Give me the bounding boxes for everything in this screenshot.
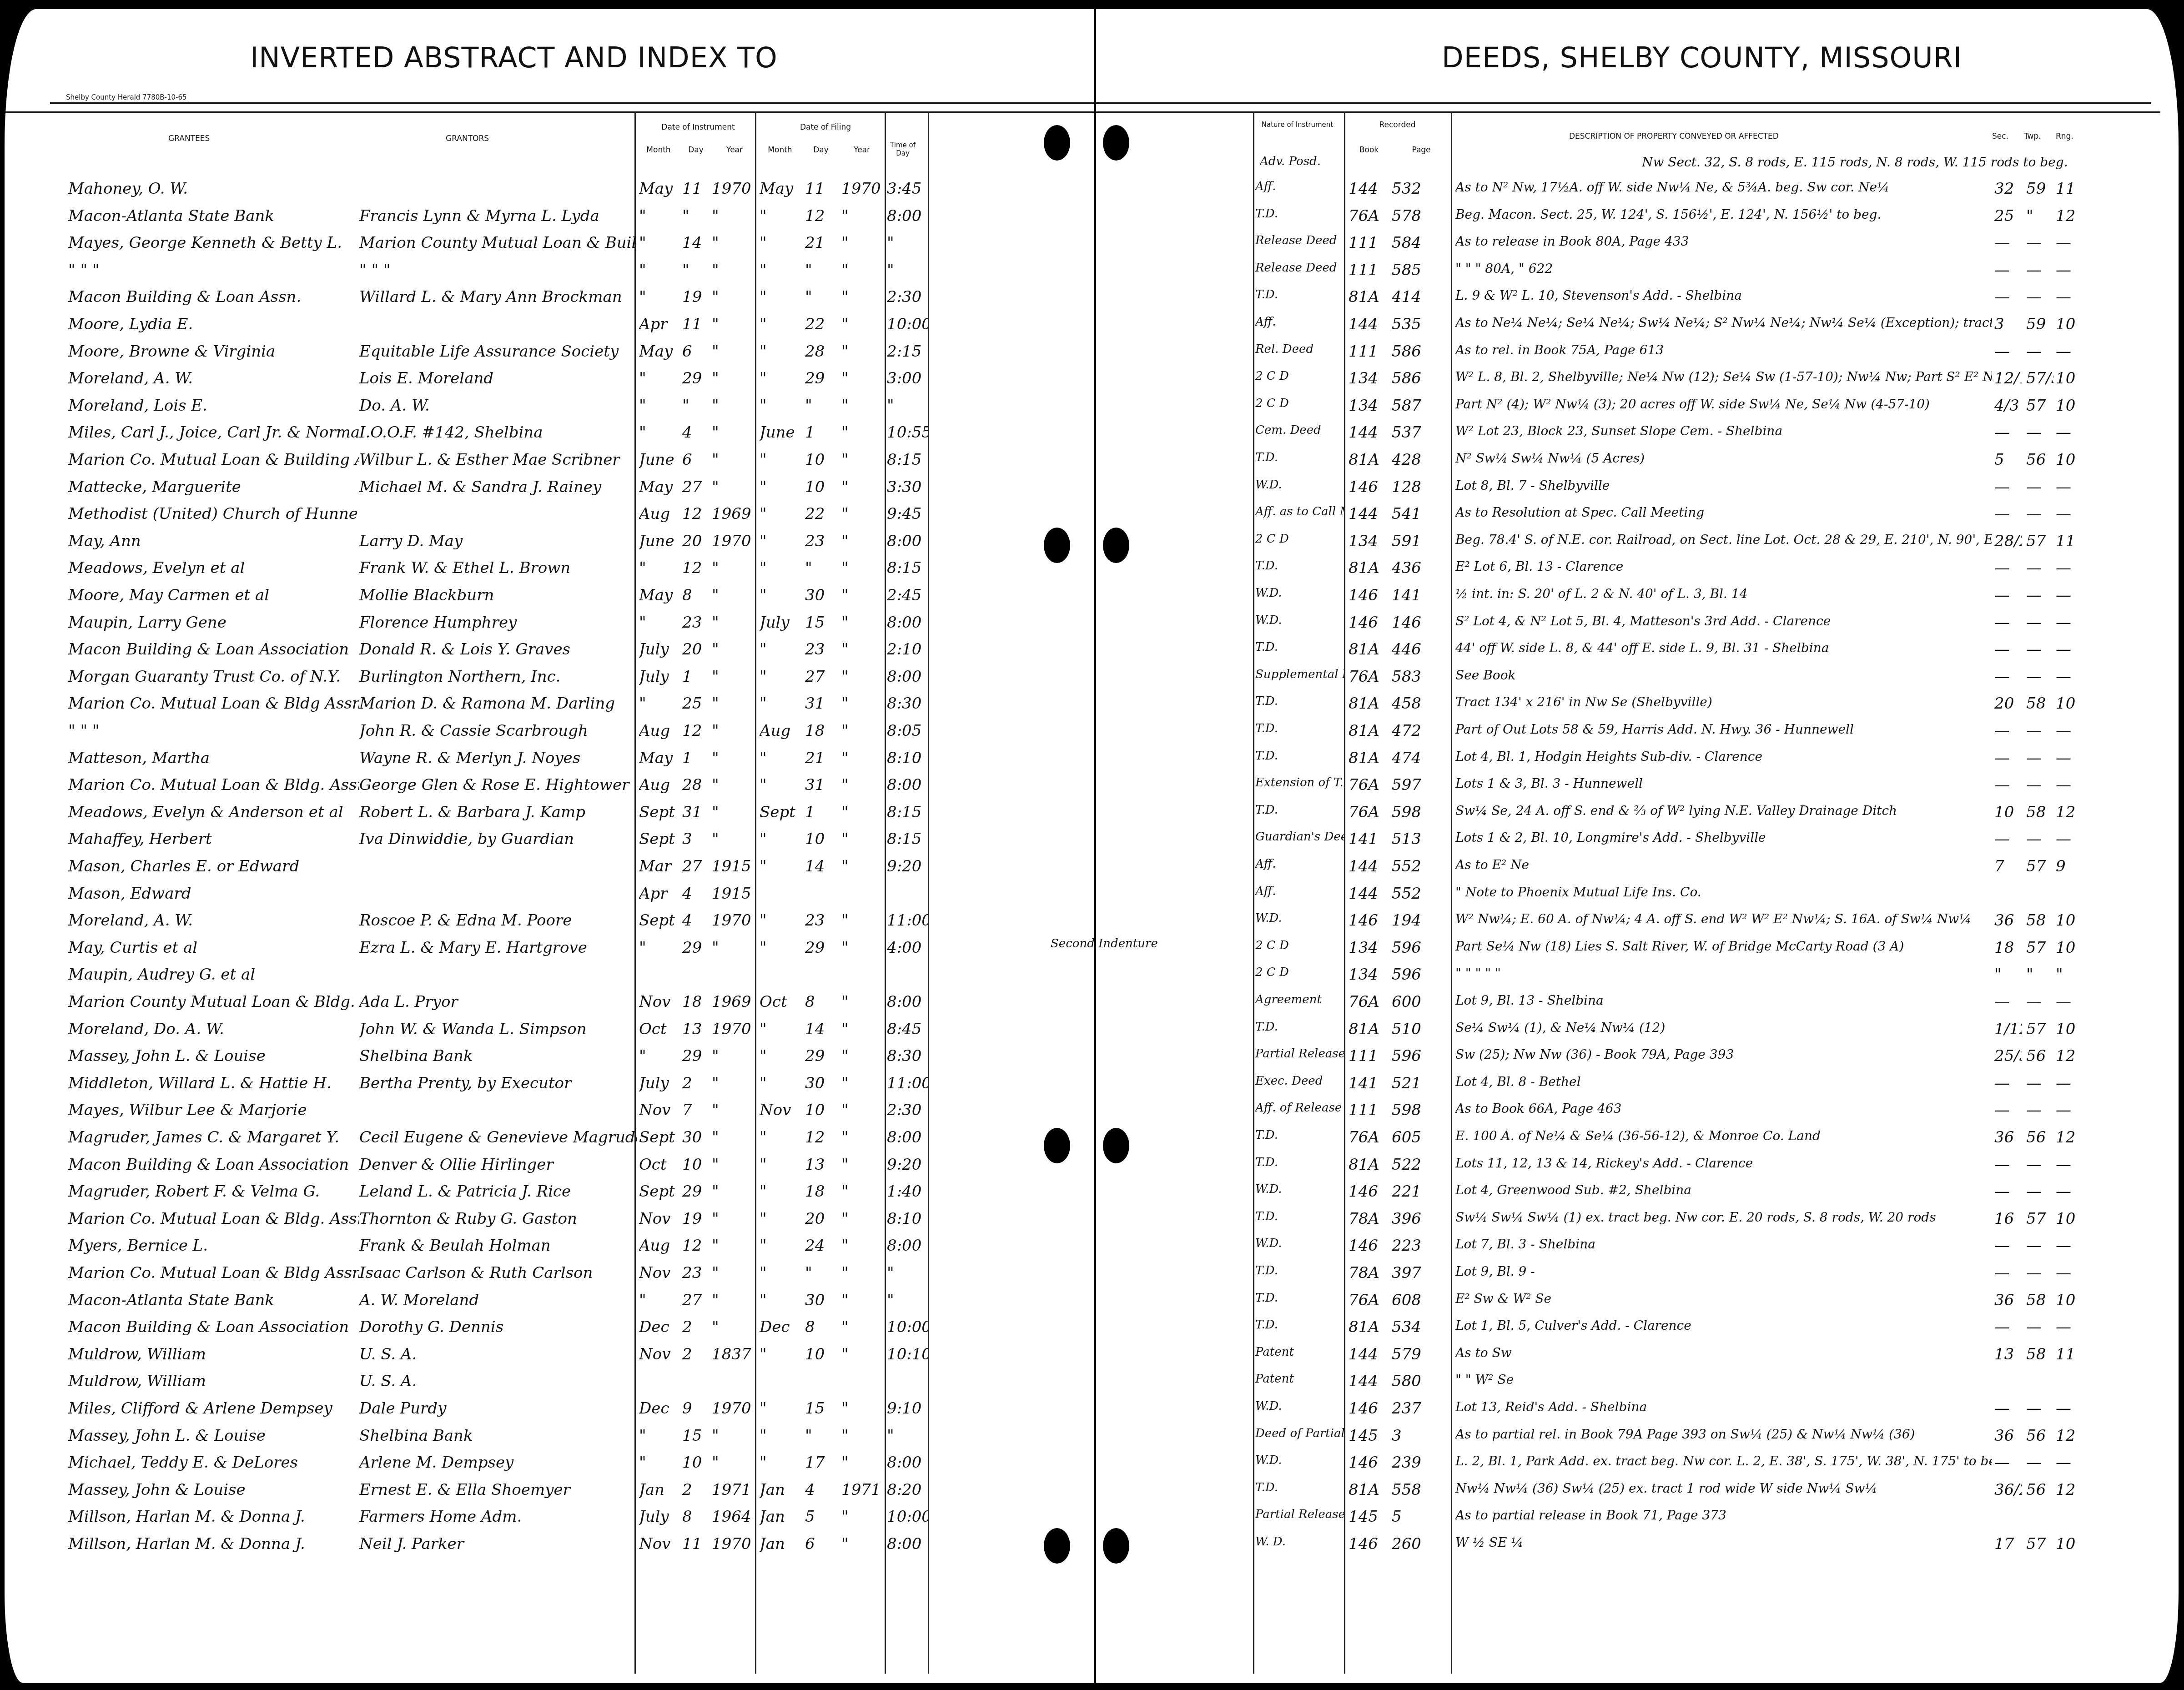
cell-fd: 8 xyxy=(805,993,837,1011)
cell-twp: — xyxy=(2026,1264,2053,1282)
cell-sec: 20 xyxy=(1994,694,2022,713)
cell-rng: 12 xyxy=(2056,1128,2083,1147)
cell-grantee: Muldrow, William xyxy=(68,1372,359,1390)
cell-fy: " xyxy=(841,1128,882,1147)
table-row: Extension of T.D.76A597Lots 1 & 3, Bl. 3… xyxy=(1096,776,2179,800)
cell-id: 6 xyxy=(682,451,710,469)
cell-fd: 12 xyxy=(805,207,837,225)
cell-grantee: Mahoney, O. W. xyxy=(68,180,359,198)
cell-fm: " xyxy=(760,559,800,577)
cell-fy: " xyxy=(841,1427,882,1445)
cell-id: 13 xyxy=(682,1020,710,1038)
cell-nat: 2 C D xyxy=(1255,397,1344,410)
month-header: Month xyxy=(638,146,679,155)
cell-grantee: Marion Co. Mutual Loan & Bldg. Assn. xyxy=(68,1210,359,1228)
cell-t: 3:00 xyxy=(887,369,928,387)
cell-twp: — xyxy=(2026,1101,2053,1119)
cell-rng: — xyxy=(2056,478,2083,496)
cell-twp: 57 xyxy=(2026,1535,2053,1553)
cell-grantee: " " " xyxy=(68,722,359,740)
cell-t: 11:00 xyxy=(887,1074,928,1092)
table-row: W. D.146260W ½ SE ¼175710 xyxy=(1096,1535,2179,1559)
cell-iy: " xyxy=(712,315,753,333)
cell-fd: 31 xyxy=(805,776,837,794)
cell-im: Oct xyxy=(639,1020,680,1038)
cell-fm: " xyxy=(760,1074,800,1092)
cell-iy: " xyxy=(712,1318,753,1336)
cell-fd: 23 xyxy=(805,911,837,930)
cell-fy: 1970 xyxy=(841,180,882,198)
cell-book: 81A xyxy=(1349,1020,1389,1038)
table-row: W.D.146146S² Lot 4, & N² Lot 5, Bl. 4, M… xyxy=(1096,614,2179,637)
cell-grantor: A. W. Moreland xyxy=(359,1291,637,1309)
cell-fm: " xyxy=(760,586,800,604)
cell-nat: T.D. xyxy=(1255,288,1344,302)
cell-grantor: Arlene M. Dempsey xyxy=(359,1454,637,1472)
table-row: 2 C D134596" " " " """" xyxy=(1096,966,2179,989)
cell-rng: 10 xyxy=(2056,397,2083,415)
table-row: Marion County Mutual Loan & Bldg. Assn.A… xyxy=(5,993,1094,1016)
cell-t: 9:10 xyxy=(887,1399,928,1418)
rule xyxy=(1096,102,2151,104)
cell-id: 8 xyxy=(682,586,710,604)
cell-im: Mar xyxy=(639,857,680,875)
cell-t: 8:00 xyxy=(887,776,928,794)
cell-t: " xyxy=(887,1291,928,1309)
cell-id: 31 xyxy=(682,803,710,821)
cell-desc: W ½ SE ¼ xyxy=(1455,1535,1992,1550)
cell-id: 10 xyxy=(682,1454,710,1472)
cell-desc: Beg. Macon. Sect. 25, W. 124', S. 156½',… xyxy=(1455,207,1992,222)
cell-nat: T.D. xyxy=(1255,451,1344,464)
cell-grantee: Meadows, Evelyn et al xyxy=(68,559,359,577)
cell-book: 111 xyxy=(1349,261,1389,279)
cell-twp: " xyxy=(2026,966,2053,984)
cell-id: 4 xyxy=(682,423,710,442)
cell-grantor: Cecil Eugene & Genevieve Magruder xyxy=(359,1128,637,1147)
cell-fm: " xyxy=(760,857,800,875)
cell-nat: T.D. xyxy=(1255,1128,1344,1142)
cell-grantor: John W. & Wanda L. Simpson xyxy=(359,1020,637,1038)
cell-t: 9:45 xyxy=(887,505,928,523)
cell-sec: — xyxy=(1994,640,2022,659)
cell-grantee: Methodist (United) Church of Hunnewell xyxy=(68,505,359,523)
cell-id: 20 xyxy=(682,532,710,550)
cell-pg: 537 xyxy=(1392,423,1446,442)
cell-book: 141 xyxy=(1349,1074,1389,1092)
cell-iy: " xyxy=(712,1237,753,1255)
cell-rng: 12 xyxy=(2056,207,2083,225)
cell-book: 81A xyxy=(1349,288,1389,306)
cell-fy: " xyxy=(841,207,882,225)
cell-pg: 3 xyxy=(1392,1427,1446,1445)
cell-nat: Aff. of Release xyxy=(1255,1101,1344,1115)
cell-fd: 10 xyxy=(805,830,837,848)
cell-nat: T.D. xyxy=(1255,694,1344,708)
cell-book: 81A xyxy=(1349,694,1389,713)
cell-desc: N² Sw¼ Sw¼ Nw¼ (5 Acres) xyxy=(1455,451,1992,466)
nature-header: Nature of Instrument xyxy=(1253,121,1342,129)
cell-im: " xyxy=(639,559,680,577)
table-row: Macon Building & Loan Assn.Willard L. & … xyxy=(5,288,1094,312)
date-filing-header: Date of Filing xyxy=(760,123,891,132)
cell-twp: — xyxy=(2026,234,2053,252)
cell-t: 10:00 xyxy=(887,1508,928,1526)
cell-grantee: Myers, Bernice L. xyxy=(68,1237,359,1255)
cell-nat: Rel. Deed xyxy=(1255,342,1344,356)
cell-desc: E. 100 A. of Ne¼ & Se¼ (36-56-12), & Mon… xyxy=(1455,1128,1992,1143)
cell-nat: W. D. xyxy=(1255,1535,1344,1549)
right-title: DEEDS, SHELBY COUNTY, MISSOURI xyxy=(1442,41,1962,74)
cell-iy: " xyxy=(712,1291,753,1309)
cell-id: 12 xyxy=(682,1237,710,1255)
cell-fm: " xyxy=(760,1128,800,1147)
cell-desc: 44' off W. side L. 8, & 44' off E. side … xyxy=(1455,640,1992,655)
cell-id: 2 xyxy=(682,1345,710,1363)
table-row: Aff.144532As to N² Nw, 17½A. off W. side… xyxy=(1096,180,2179,203)
cell-grantee: Michael, Teddy E. & DeLores xyxy=(68,1454,359,1472)
cell-iy: " xyxy=(712,749,753,767)
rng-header: Rng. xyxy=(2056,132,2073,141)
cell-fd: " xyxy=(805,397,837,415)
cell-fd: 18 xyxy=(805,1182,837,1201)
cell-desc: S² Lot 4, & N² Lot 5, Bl. 4, Matteson's … xyxy=(1455,614,1992,629)
binder-hole xyxy=(1044,125,1070,161)
cell-im: July xyxy=(639,1074,680,1092)
cell-grantor: Marion County Mutual Loan & Building Ass… xyxy=(359,234,637,252)
cell-im: Nov xyxy=(639,1345,680,1363)
cell-book: 146 xyxy=(1349,1535,1389,1553)
cell-pg: 596 xyxy=(1392,1047,1446,1065)
table-row: Mayes, George Kenneth & Betty L.Marion C… xyxy=(5,234,1094,257)
cell-grantee: Mayes, George Kenneth & Betty L. xyxy=(68,234,359,252)
cell-book: 146 xyxy=(1349,1237,1389,1255)
cell-twp: — xyxy=(2026,586,2053,604)
cell-fm: " xyxy=(760,1291,800,1309)
cell-grantee: Moore, Lydia E. xyxy=(68,315,359,333)
table-row: T.D.81A558Nw¼ Nw¼ (36) Sw¼ (25) ex. trac… xyxy=(1096,1481,2179,1504)
table-row: Aff. as to Call Meeting144541As to Resol… xyxy=(1096,505,2179,528)
cell-fy: " xyxy=(841,614,882,632)
cell-rng: 10 xyxy=(2056,315,2083,333)
cell-id: 4 xyxy=(682,911,710,930)
cell-twp: — xyxy=(2026,1182,2053,1201)
cell-t: 8:00 xyxy=(887,993,928,1011)
cell-fd: 30 xyxy=(805,586,837,604)
cell-nat: Aff. xyxy=(1255,885,1344,898)
cell-twp: — xyxy=(2026,1318,2053,1336)
cell-id: 11 xyxy=(682,180,710,198)
cell-book: 76A xyxy=(1349,207,1389,225)
recorded-header: Recorded xyxy=(1344,121,1451,130)
cell-fm: Sept xyxy=(760,803,800,821)
cell-fm: " xyxy=(760,1237,800,1255)
cell-sec: 36 xyxy=(1994,911,2022,930)
table-row: Guardian's Deed141513Lots 1 & 2, Bl. 10,… xyxy=(1096,830,2179,854)
table-row: W.D.146239L. 2, Bl. 1, Park Add. ex. tra… xyxy=(1096,1454,2179,1477)
cell-grantee: Moreland, A. W. xyxy=(68,369,359,387)
cell-grantor: Lois E. Moreland xyxy=(359,369,637,387)
cell-grantor: Farmers Home Adm. xyxy=(359,1508,637,1526)
cell-im: Nov xyxy=(639,993,680,1011)
cell-desc: As to rel. in Book 75A, Page 613 xyxy=(1455,342,1992,357)
cell-fy: " xyxy=(841,830,882,848)
cell-pg: 239 xyxy=(1392,1454,1446,1472)
cell-id: 29 xyxy=(682,369,710,387)
table-row: Mahoney, O. W.May111970May1119703:45 xyxy=(5,180,1094,203)
cell-nat: T.D. xyxy=(1255,1481,1344,1494)
cell-t: 8:45 xyxy=(887,1020,928,1038)
cell-fm: " xyxy=(760,532,800,550)
cell-id: 27 xyxy=(682,857,710,875)
cell-fm: Aug xyxy=(760,722,800,740)
cell-fy: " xyxy=(841,369,882,387)
cell-grantor: Leland L. & Patricia J. Rice xyxy=(359,1182,637,1201)
cell-id: 7 xyxy=(682,1101,710,1119)
table-row: W.D.146237Lot 13, Reid's Add. - Shelbina… xyxy=(1096,1399,2179,1423)
cell-fy: " xyxy=(841,1399,882,1418)
cell-fd: " xyxy=(805,1264,837,1282)
cell-desc: Lot 4, Bl. 8 - Bethel xyxy=(1455,1074,1992,1089)
cell-grantor: Larry D. May xyxy=(359,532,637,550)
cell-grantee: Maupin, Larry Gene xyxy=(68,614,359,632)
cell-nat: Release Deed xyxy=(1255,261,1344,275)
cell-t: " xyxy=(887,234,928,252)
table-row: 2 C D134591Beg. 78.4' S. of N.E. cor. Ra… xyxy=(1096,532,2179,556)
cell-desc: As to Ne¼ Ne¼; Se¼ Ne¼; Sw¼ Ne¼; S² Nw¼ … xyxy=(1455,315,1992,330)
cell-im: " xyxy=(639,261,680,279)
cell-grantor: Shelbina Bank xyxy=(359,1047,637,1065)
cell-grantor: Robert L. & Barbara J. Kamp xyxy=(359,803,637,821)
cell-rng: 10 xyxy=(2056,451,2083,469)
cell-twp: 57 xyxy=(2026,939,2053,957)
cell-book: 134 xyxy=(1349,532,1389,550)
cell-id: 1 xyxy=(682,749,710,767)
cell-sec: — xyxy=(1994,1399,2022,1418)
cell-grantee: Macon-Atlanta State Bank xyxy=(68,1291,359,1309)
cell-book: 146 xyxy=(1349,1399,1389,1418)
cell-pg: 552 xyxy=(1392,885,1446,903)
cell-twp: — xyxy=(2026,668,2053,686)
table-row: 2 C D134586W² L. 8, Bl. 2, Shelbyville; … xyxy=(1096,369,2179,393)
cell-grantee: Moreland, Do. A. W. xyxy=(68,1020,359,1038)
cell-id: 2 xyxy=(682,1074,710,1092)
cell-rng: 9 xyxy=(2056,857,2083,875)
cell-sec: — xyxy=(1994,559,2022,577)
cell-twp: 58 xyxy=(2026,803,2053,821)
cell-fy: " xyxy=(841,803,882,821)
cell-sec: 16 xyxy=(1994,1210,2022,1228)
cell-im: Aug xyxy=(639,1237,680,1255)
table-row: Methodist (United) Church of HunnewellAu… xyxy=(5,505,1094,528)
cell-desc: Nw¼ Nw¼ (36) Sw¼ (25) ex. tract 1 rod wi… xyxy=(1455,1481,1992,1496)
cell-iy: 1970 xyxy=(712,1020,753,1038)
table-row: W.D.146141½ int. in: S. 20' of L. 2 & N.… xyxy=(1096,586,2179,610)
cell-fm: " xyxy=(760,207,800,225)
cell-sec: — xyxy=(1994,1318,2022,1336)
cell-id: 29 xyxy=(682,1182,710,1201)
cell-sec: 4/3 xyxy=(1994,397,2022,415)
cell-pg: 586 xyxy=(1392,342,1446,361)
cell-iy: " xyxy=(712,1156,753,1174)
cell-rng: — xyxy=(2056,234,2083,252)
cell-desc: Lot 8, Bl. 7 - Shelbyville xyxy=(1455,478,1992,493)
cell-fm: June xyxy=(760,423,800,442)
cell-pg: 436 xyxy=(1392,559,1446,577)
cell-fd: 22 xyxy=(805,315,837,333)
cell-id: 2 xyxy=(682,1318,710,1336)
cell-iy: " xyxy=(712,478,753,496)
table-row: Magruder, Robert F. & Velma G.Leland L. … xyxy=(5,1182,1094,1206)
cell-fd: 23 xyxy=(805,532,837,550)
cell-book: 134 xyxy=(1349,369,1389,387)
cell-fy: " xyxy=(841,776,882,794)
cell-fy: " xyxy=(841,1210,882,1228)
cell-nat: 2 C D xyxy=(1255,939,1344,952)
cell-t: 8:30 xyxy=(887,1047,928,1065)
cell-id: 29 xyxy=(682,939,710,957)
cell-fy: " xyxy=(841,505,882,523)
table-row: Mason, Charles E. or EdwardMar271915"14"… xyxy=(5,857,1094,881)
cell-id: 30 xyxy=(682,1128,710,1147)
cell-pg: 587 xyxy=(1392,397,1446,415)
cell-id: 8 xyxy=(682,1508,710,1526)
cell-rng: — xyxy=(2056,776,2083,794)
cell-twp: — xyxy=(2026,640,2053,659)
cell-pg: 597 xyxy=(1392,776,1446,794)
cell-sec: — xyxy=(1994,1074,2022,1092)
cell-t: 8:00 xyxy=(887,532,928,550)
cell-pg: 535 xyxy=(1392,315,1446,333)
cell-fd: 30 xyxy=(805,1291,837,1309)
cell-twp: — xyxy=(2026,1237,2053,1255)
cell-twp: 56 xyxy=(2026,1047,2053,1065)
cell-im: May xyxy=(639,180,680,198)
cell-grantee: Millson, Harlan M. & Donna J. xyxy=(68,1535,359,1553)
table-row: Muldrow, WilliamU. S. A.Nov21837"10"10:1… xyxy=(5,1345,1094,1369)
cell-fy: " xyxy=(841,1156,882,1174)
table-row: T.D.76A578Beg. Macon. Sect. 25, W. 124',… xyxy=(1096,207,2179,231)
cell-fm: " xyxy=(760,1264,800,1282)
cell-id: 19 xyxy=(682,288,710,306)
table-row: Myers, Bernice L.Frank & Beulah HolmanAu… xyxy=(5,1237,1094,1260)
cell-nat: T.D. xyxy=(1255,749,1344,763)
cell-twp: — xyxy=(2026,830,2053,848)
month-header: Month xyxy=(760,146,800,155)
cell-pg: 474 xyxy=(1392,749,1446,767)
cell-book: 146 xyxy=(1349,614,1389,632)
cell-fy: " xyxy=(841,694,882,713)
cell-fd: 15 xyxy=(805,1399,837,1418)
cell-sec: — xyxy=(1994,261,2022,279)
cell-iy: " xyxy=(712,1128,753,1147)
cell-desc: See Book xyxy=(1455,668,1992,683)
cell-desc: Lot 7, Bl. 3 - Shelbina xyxy=(1455,1237,1992,1252)
cell-pg: 521 xyxy=(1392,1074,1446,1092)
cell-nat: W.D. xyxy=(1255,911,1344,925)
cell-id: " xyxy=(682,397,710,415)
cell-twp: 56 xyxy=(2026,1481,2053,1499)
cell-twp: — xyxy=(2026,722,2053,740)
binder-hole xyxy=(1103,125,1129,161)
cell-rng: — xyxy=(2056,261,2083,279)
cell-t: 3:30 xyxy=(887,478,928,496)
cell-rng: — xyxy=(2056,1101,2083,1119)
cell-fm: " xyxy=(760,1182,800,1201)
cell-nat: W.D. xyxy=(1255,1454,1344,1467)
cell-book: 146 xyxy=(1349,586,1389,604)
cell-id: 18 xyxy=(682,993,710,1011)
table-row: W.D.146194W² Nw¼; E. 60 A. of Nw¼; 4 A. … xyxy=(1096,911,2179,935)
table-row: Moreland, A. W.Lois E. Moreland"29""29"3… xyxy=(5,369,1094,393)
cell-fm: Jan xyxy=(760,1535,800,1553)
cell-desc: Lot 9, Bl. 13 - Shelbina xyxy=(1455,993,1992,1008)
table-row: Macon Building & Loan AssociationDorothy… xyxy=(5,1318,1094,1342)
day-header: Day xyxy=(680,146,712,155)
cell-fy: " xyxy=(841,1508,882,1526)
cell-book: 144 xyxy=(1349,505,1389,523)
cell-desc: W² Nw¼; E. 60 A. of Nw¼; 4 A. off S. end… xyxy=(1455,911,1992,926)
cell-grantor: Willard L. & Mary Ann Brockman xyxy=(359,288,637,306)
cell-sec: — xyxy=(1994,342,2022,361)
cell-fm: " xyxy=(760,830,800,848)
cell-book: 146 xyxy=(1349,911,1389,930)
cell-rng: — xyxy=(2056,993,2083,1011)
cell-nat: Agreement xyxy=(1255,993,1344,1006)
cell-fy: " xyxy=(841,423,882,442)
cell-twp: 57 xyxy=(2026,532,2053,550)
cell-t: 8:00 xyxy=(887,614,928,632)
cell-fy: " xyxy=(841,478,882,496)
cell-twp: 57 xyxy=(2026,1020,2053,1038)
cell-iy: " xyxy=(712,261,753,279)
date-instrument-header: Date of Instrument xyxy=(639,123,757,132)
cell-twp: — xyxy=(2026,1156,2053,1174)
cell-fd: 23 xyxy=(805,640,837,659)
cell-fm: Nov xyxy=(760,1101,800,1119)
cell-im: July xyxy=(639,668,680,686)
table-row: Moreland, A. W.Roscoe P. & Edna M. Poore… xyxy=(5,911,1094,935)
cell-im: Aug xyxy=(639,505,680,523)
cell-id: 12 xyxy=(682,722,710,740)
cell-pg: 414 xyxy=(1392,288,1446,306)
table-row: Marion Co. Mutual Loan & Bldg. Assn.Thor… xyxy=(5,1210,1094,1233)
cell-grantor: Dale Purdy xyxy=(359,1399,637,1418)
cell-grantor: I.O.O.F. #142, Shelbina xyxy=(359,423,637,442)
cell-nat: 2 C D xyxy=(1255,966,1344,979)
cell-book: 144 xyxy=(1349,180,1389,198)
cell-fd: 29 xyxy=(805,1047,837,1065)
cell-fd: 27 xyxy=(805,668,837,686)
cell-grantor: Roscoe P. & Edna M. Poore xyxy=(359,911,637,930)
table-row: Rel. Deed111586As to rel. in Book 75A, P… xyxy=(1096,342,2179,366)
cell-desc: ½ int. in: S. 20' of L. 2 & N. 40' of L.… xyxy=(1455,586,1992,601)
cell-fy: " xyxy=(841,342,882,361)
book-header: Book xyxy=(1346,146,1392,155)
cell-twp: — xyxy=(2026,1399,2053,1418)
cell-sec: — xyxy=(1994,776,2022,794)
cell-grantee: Mayes, Wilbur Lee & Marjorie xyxy=(68,1101,359,1119)
cell-id: 2 xyxy=(682,1481,710,1499)
cell-grantee: Macon Building & Loan Assn. xyxy=(68,288,359,306)
cell-t: 8:00 xyxy=(887,1454,928,1472)
cell-twp: 56 xyxy=(2026,451,2053,469)
cell-sec: — xyxy=(1994,1237,2022,1255)
cell-fd: 12 xyxy=(805,1128,837,1147)
cell-fm: July xyxy=(760,614,800,632)
table-row: Macon-Atlanta State BankA. W. Moreland"2… xyxy=(5,1291,1094,1315)
cell-fd: 6 xyxy=(805,1535,837,1553)
